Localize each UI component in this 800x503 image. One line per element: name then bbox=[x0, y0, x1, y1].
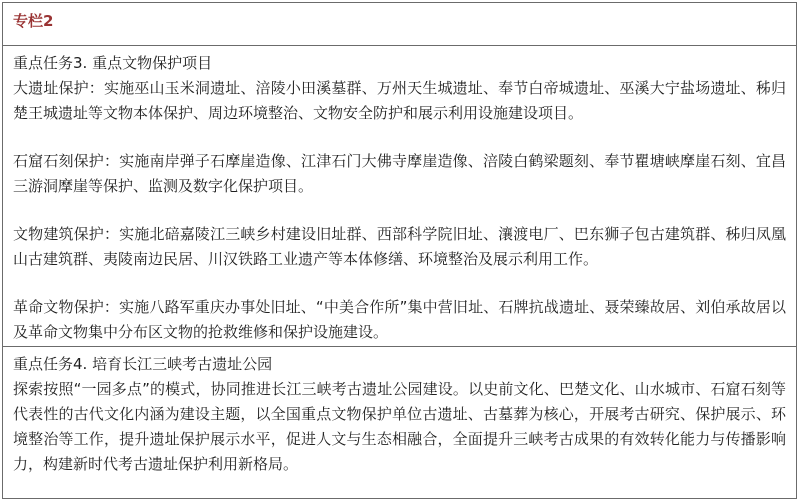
section-heading: 重点任务4. 培育长江三峡考古遗址公园 bbox=[13, 352, 786, 377]
column-panel: 专栏2 重点任务3. 重点文物保护项目 大遗址保护：实施巫山玉米洞遗址、涪陵小田… bbox=[2, 2, 797, 499]
paragraph-revolutionary-relics-protection: 革命文物保护：实施八路军重庆办事处旧址、“中美合作所”集中营旧址、石牌抗战遗址、… bbox=[13, 295, 786, 345]
paragraph-great-sites-protection: 大遗址保护：实施巫山玉米洞遗址、涪陵小田溪墓群、万州天生城遗址、奉节白帝城遗址、… bbox=[13, 76, 786, 126]
paragraph-heritage-buildings-protection: 文物建筑保护：实施北碚嘉陵江三峡乡村建设旧址群、西部科学院旧址、瀼渡电厂、巴东狮… bbox=[13, 222, 786, 272]
paragraph-archaeological-site-park: 探索按照“一园多点”的模式，协同推进长江三峡考古遗址公园建设。以史前文化、巴楚文… bbox=[13, 377, 786, 477]
panel-title: 专栏2 bbox=[3, 3, 796, 46]
paragraph-grotto-carvings-protection: 石窟石刻保护：实施南岸弹子石摩崖造像、江津石门大佛寺摩崖造像、涪陵白鹤梁题刻、奉… bbox=[13, 149, 786, 199]
section-key-task-3: 重点任务3. 重点文物保护项目 大遗址保护：实施巫山玉米洞遗址、涪陵小田溪墓群、… bbox=[3, 46, 796, 347]
section-heading: 重点任务3. 重点文物保护项目 bbox=[13, 51, 786, 76]
section-key-task-4: 重点任务4. 培育长江三峡考古遗址公园 探索按照“一园多点”的模式，协同推进长江… bbox=[3, 347, 796, 498]
